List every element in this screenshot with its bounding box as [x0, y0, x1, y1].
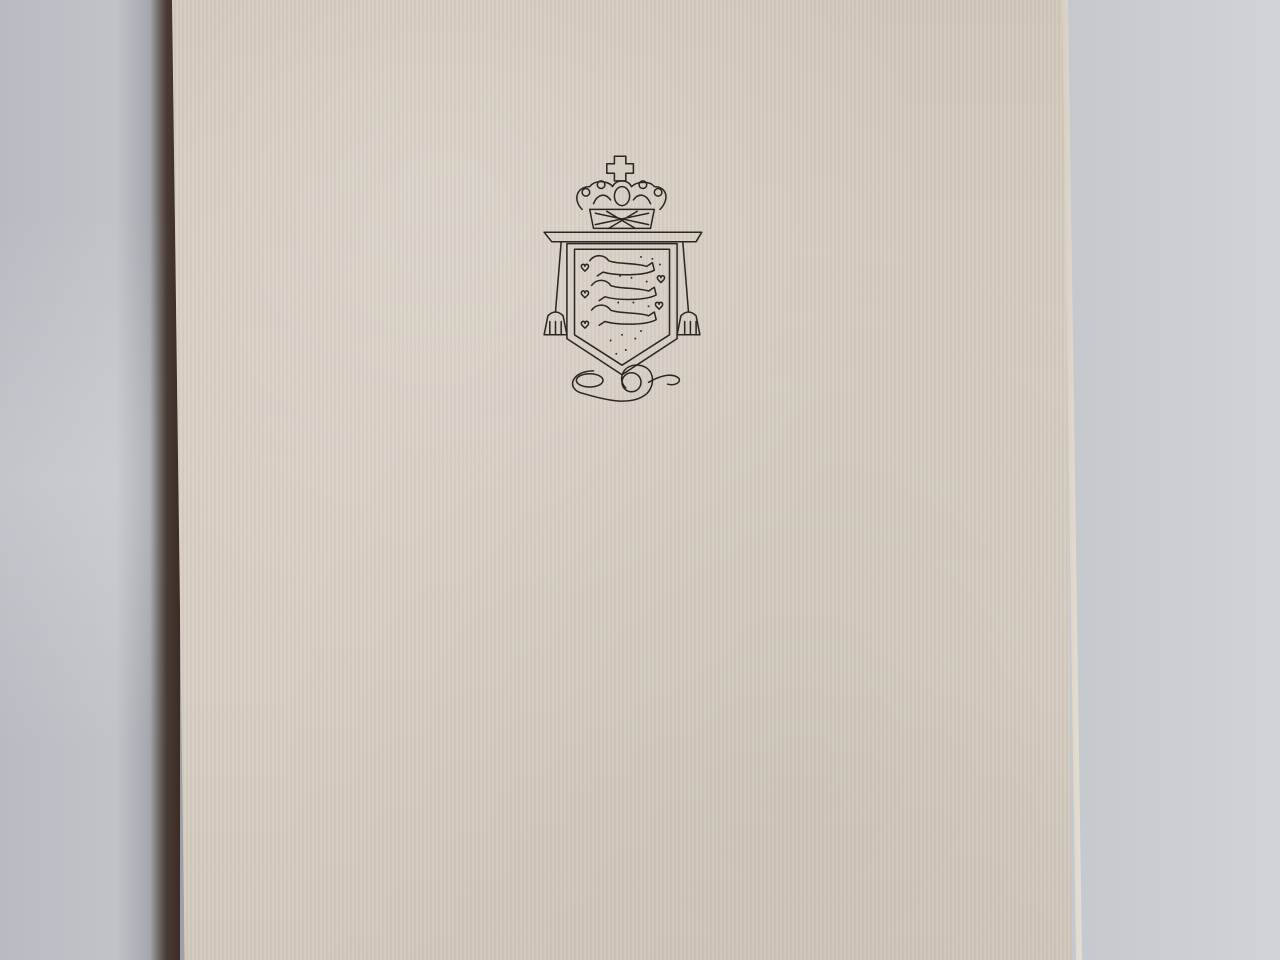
shield-icon	[567, 244, 677, 375]
post-horn-icon	[573, 365, 680, 401]
tassel-right-icon	[677, 242, 700, 335]
cross-icon	[607, 156, 634, 181]
mantle-bar	[544, 232, 702, 242]
coat-of-arms-emblem	[527, 143, 717, 443]
crown-icon	[577, 181, 666, 229]
tassel-left-icon	[544, 242, 567, 335]
